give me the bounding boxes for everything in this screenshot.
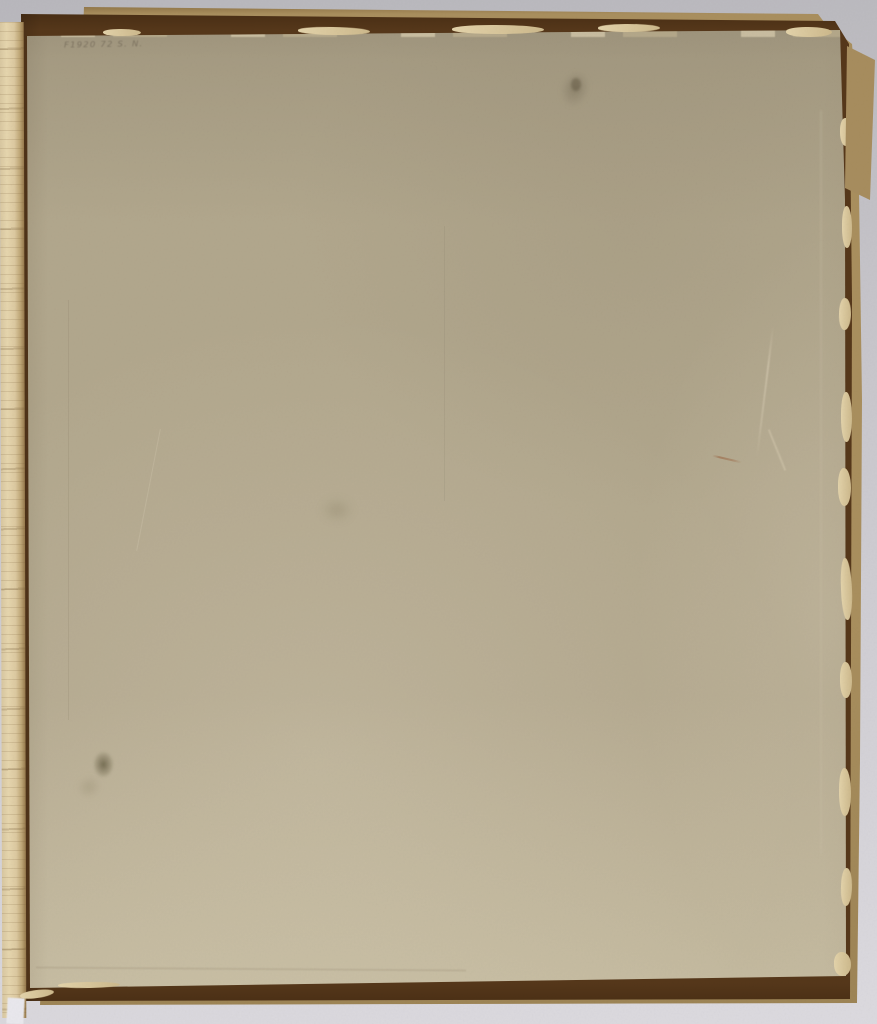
torn-fragment	[842, 206, 852, 248]
torn-fragment	[786, 27, 832, 37]
torn-fragment	[839, 768, 851, 816]
white-paper-sliver	[6, 998, 24, 1024]
torn-fragment	[103, 29, 141, 36]
torn-fragment	[838, 468, 851, 506]
torn-fragment	[840, 662, 852, 698]
photo-canvas: F1920 72 S. N.	[0, 0, 877, 1024]
torn-fragment	[834, 952, 851, 976]
blank-board-page: F1920 72 S. N.	[0, 0, 877, 1024]
smudge-stain-top-core	[571, 78, 581, 91]
vertical-crease-right	[820, 110, 822, 855]
horizontal-crease-bottom	[36, 966, 466, 971]
stacked-page-edges	[0, 22, 26, 1018]
torn-fragment	[452, 25, 544, 34]
scratch-light-right-2	[768, 429, 786, 471]
smudge-center	[316, 494, 358, 526]
torn-fragment	[841, 392, 852, 442]
scratch-light-left	[136, 429, 161, 551]
vertical-crease-left	[68, 300, 69, 720]
pencil-inscription: F1920 72 S. N.	[64, 40, 144, 51]
vertical-crease-center	[444, 226, 445, 501]
scratch-reddish	[712, 455, 742, 464]
